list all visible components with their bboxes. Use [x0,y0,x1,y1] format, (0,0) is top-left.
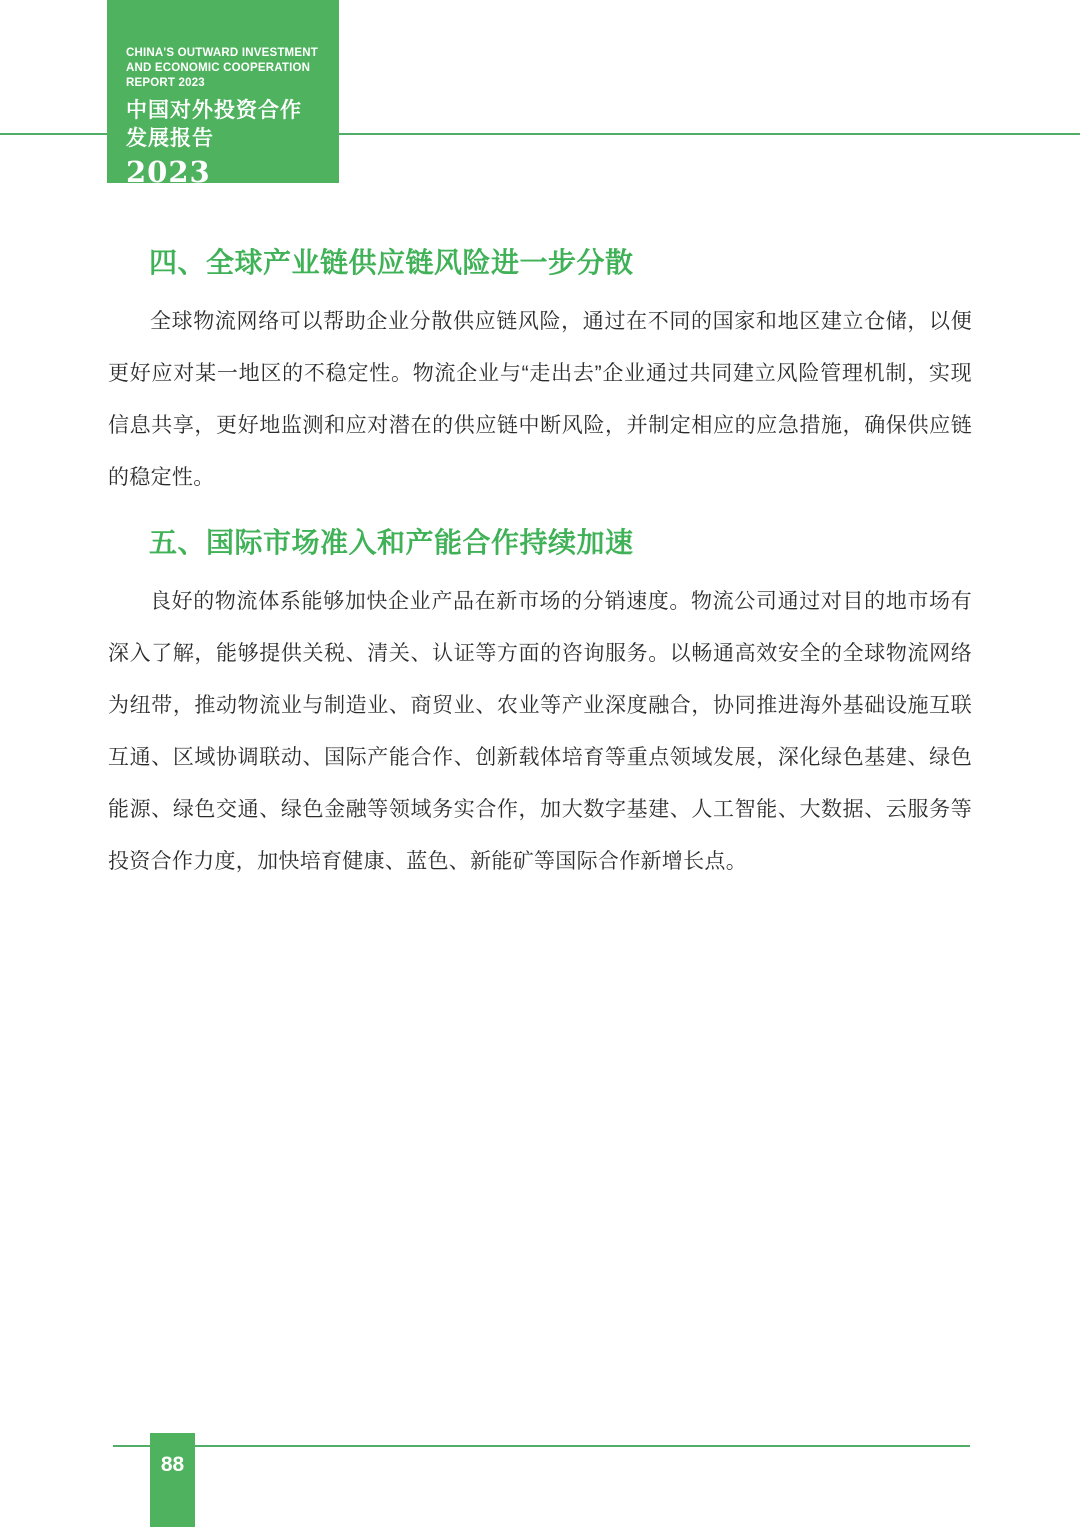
report-page: CHINA'S OUTWARD INVESTMENT AND ECONOMIC … [0,0,1080,1527]
report-title-english-line2: AND ECONOMIC COOPERATION [126,61,329,76]
section-4-paragraph: 全球物流网络可以帮助企业分散供应链风险，通过在不同的国家和地区建立仓储，以便更好… [108,296,972,504]
report-title-english: CHINA'S OUTWARD INVESTMENT AND ECONOMIC … [126,46,329,91]
page-number: 88 [150,1453,195,1477]
section-5-paragraph: 良好的物流体系能够加快企业产品在新市场的分销速度。物流公司通过对目的地市场有深入… [108,576,972,888]
section-heading-4: 四、全球产业链供应链风险进一步分散 [108,245,972,281]
report-title-chinese: 中国对外投资合作 发展报告 [126,97,329,153]
section-heading-5: 五、国际市场准入和产能合作持续加速 [108,525,972,561]
report-title-chinese-line2: 发展报告 [126,125,329,153]
report-title-chinese-line1: 中国对外投资合作 [126,97,329,125]
report-year: 2023 [126,158,329,187]
footer-divider-line [113,1445,970,1447]
page-number-badge: 88 [150,1433,195,1527]
report-brand-box: CHINA'S OUTWARD INVESTMENT AND ECONOMIC … [107,0,339,183]
report-title-english-line3: REPORT 2023 [126,76,329,91]
report-title-english-line1: CHINA'S OUTWARD INVESTMENT [126,46,329,61]
